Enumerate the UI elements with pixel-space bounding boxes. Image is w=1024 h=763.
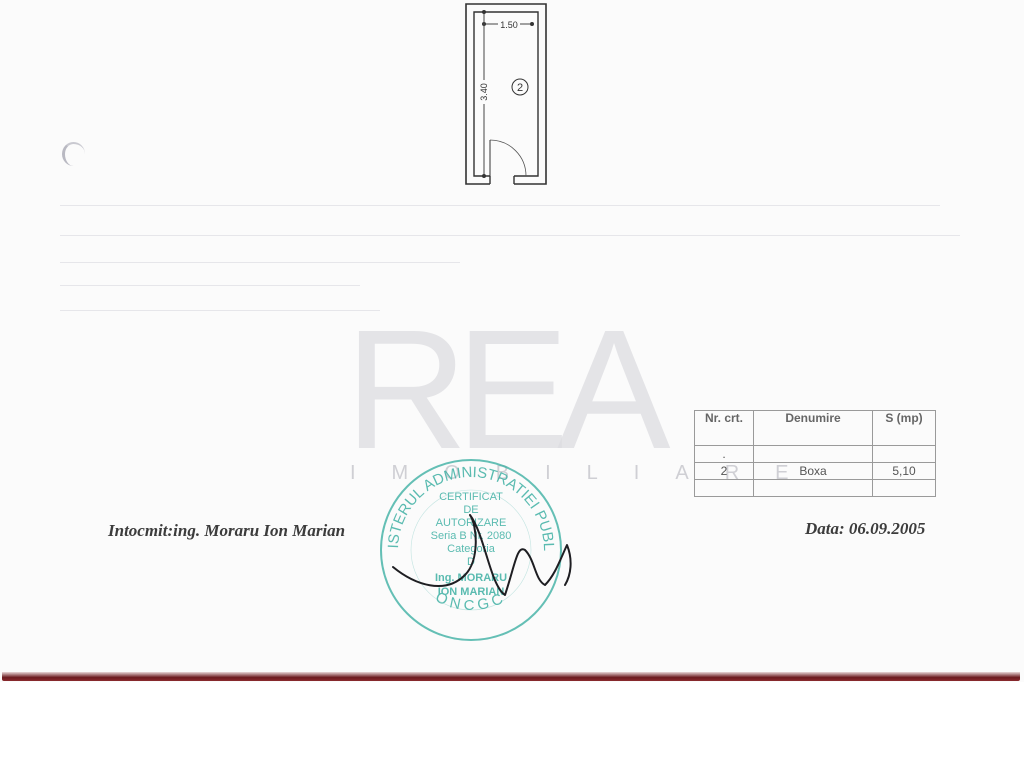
table-row: 2 Boxa 5,10 (695, 463, 936, 480)
document-date: Data: 06.09.2005 (805, 519, 925, 539)
svg-text:CERTIFICAT: CERTIFICAT (439, 491, 503, 503)
table-row: . (695, 446, 936, 463)
header-nr: Nr. crt. (695, 411, 754, 446)
header-area: S (mp) (873, 411, 936, 446)
table-header: Nr. crt. Denumire S (mp) (695, 411, 936, 446)
faded-line (60, 285, 360, 286)
author-signature-line: Intocmit:ing. Moraru Ion Marian (108, 521, 345, 541)
header-name: Denumire (754, 411, 873, 446)
punch-hole (62, 142, 85, 166)
document-page: 1.50 3.40 2 REA IMOBILIARE Nr. crt. Denu… (0, 0, 1024, 682)
faded-line (60, 310, 380, 311)
faded-line (60, 205, 940, 206)
svg-text:1.50: 1.50 (500, 20, 518, 30)
svg-text:3.40: 3.40 (479, 83, 489, 101)
faded-line (60, 262, 460, 263)
page-edge (2, 672, 1020, 681)
svg-text:2: 2 (517, 82, 523, 94)
watermark-logo: REA (345, 305, 659, 475)
floor-plan: 1.50 3.40 2 (462, 0, 552, 186)
table-row (695, 480, 936, 497)
room-table: Nr. crt. Denumire S (mp) . 2 Boxa 5,10 (694, 410, 936, 497)
faded-line (60, 235, 960, 236)
handwritten-signature (385, 505, 585, 605)
